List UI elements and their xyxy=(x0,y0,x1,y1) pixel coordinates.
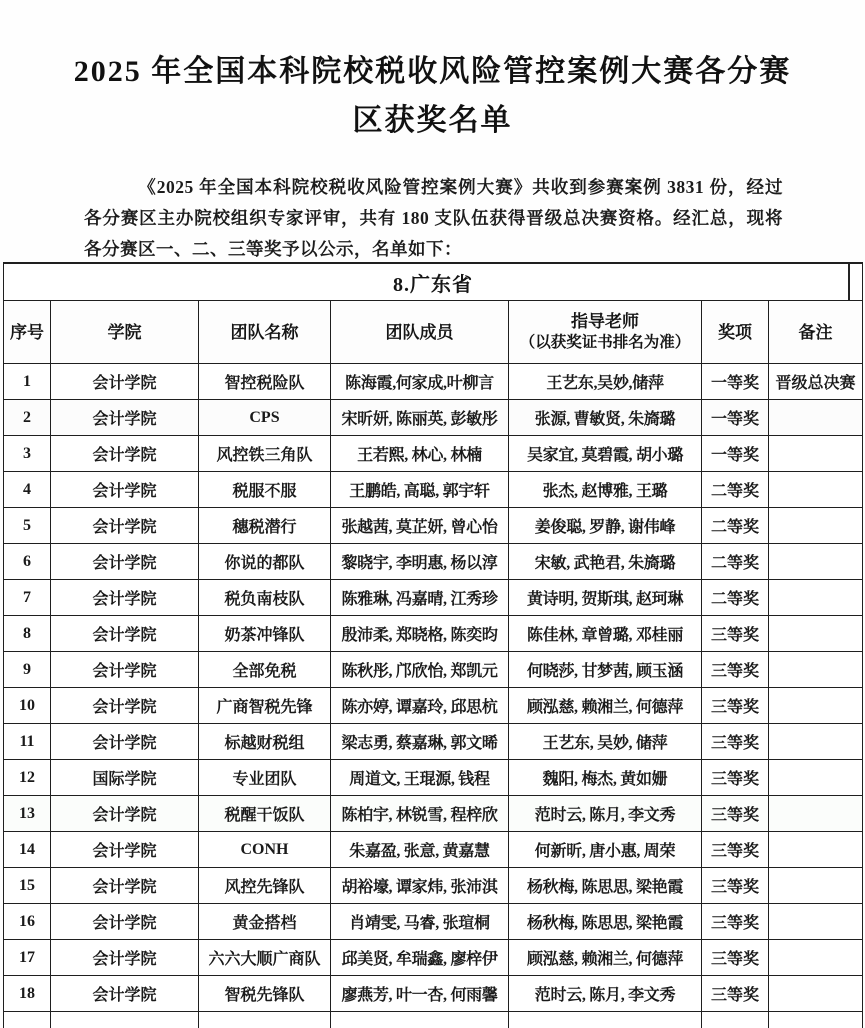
cell-award: 三等奖 xyxy=(702,724,769,760)
cell-serial: 9 xyxy=(4,652,51,688)
table-row: 9 会计学院 全部免税 陈秋彤, 邝欣怡, 郑凯元 何晓莎, 甘梦茜, 顾玉涵 … xyxy=(4,652,863,688)
cell-team: 智控税险队 xyxy=(199,364,331,400)
cell-serial: 3 xyxy=(4,436,51,472)
cell-members: 张越茜, 莫芷妍, 曾心怡 xyxy=(331,508,509,544)
page-title: 2025 年全国本科院校税收风险管控案例大赛各分赛 区获奖名单 xyxy=(0,0,865,145)
cell-team: 六六大顺广商队 xyxy=(199,940,331,976)
header-note: 备注 xyxy=(769,301,863,364)
table-head-group: 8.广东省 序号 学院 团队名称 团队成员 指导老师 （以获奖证书排名为准） 奖… xyxy=(4,263,863,364)
header-advisors-line1: 指导老师 xyxy=(571,312,639,331)
cell-serial: 1 xyxy=(4,364,51,400)
table-row: 17 会计学院 六六大顺广商队 邱美贤, 牟瑞鑫, 廖梓伊 顾泓慈, 赖湘兰, … xyxy=(4,940,863,976)
cell-serial: 5 xyxy=(4,508,51,544)
column-header-row: 序号 学院 团队名称 团队成员 指导老师 （以获奖证书排名为准） 奖项 备注 xyxy=(4,301,863,364)
cell-college: 会计学院 xyxy=(51,688,199,724)
cell-note xyxy=(769,688,863,724)
document-page: 2025 年全国本科院校税收风险管控案例大赛各分赛 区获奖名单 《2025 年全… xyxy=(0,0,865,1028)
table-row: 5 会计学院 穗税潜行 张越茜, 莫芷妍, 曾心怡 姜俊聪, 罗静, 谢伟峰 二… xyxy=(4,508,863,544)
cell-team: 税服不服 xyxy=(199,472,331,508)
cell-note xyxy=(769,904,863,940)
cell-advisors: 何晓莎, 甘梦茜, 顾玉涵 xyxy=(509,652,702,688)
cell-members: 陈亦婷, 谭嘉玲, 邱思杭 xyxy=(331,688,509,724)
cell-members: 王若熙, 林心, 林楠 xyxy=(331,436,509,472)
table-row: 2 会计学院 CPS 宋昕妍, 陈丽英, 彭敏彤 张源, 曹敏贤, 朱旖璐 一等… xyxy=(4,400,863,436)
cell-advisors: 顾泓慈, 赖湘兰, 何德萍 xyxy=(509,688,702,724)
cell-serial: 4 xyxy=(4,472,51,508)
table-row: 18 会计学院 智税先锋队 廖燕芳, 叶一杏, 何雨馨 范时云, 陈月, 李文秀… xyxy=(4,976,863,1012)
cell-team: 风控先锋队 xyxy=(199,868,331,904)
cell-members: 陈海霞,何家成,叶柳言 xyxy=(331,364,509,400)
cell-team: 税负南枝队 xyxy=(199,580,331,616)
cell-team: 智税先锋队 xyxy=(199,976,331,1012)
table-partial-group xyxy=(4,1012,863,1028)
cell-college: 会计学院 xyxy=(51,976,199,1012)
cell-advisors: 陈佳林, 章曾璐, 邓桂丽 xyxy=(509,616,702,652)
cell-award: 三等奖 xyxy=(702,940,769,976)
cell-serial: 2 xyxy=(4,400,51,436)
cell-team: CONH xyxy=(199,832,331,868)
intro-paragraph: 《2025 年全国本科院校税收风险管控案例大赛》共收到参赛案例 3831 份，经… xyxy=(84,172,783,265)
cell-award: 一等奖 xyxy=(702,364,769,400)
cell-award: 三等奖 xyxy=(702,904,769,940)
cell-team: 穗税潜行 xyxy=(199,508,331,544)
cell-members: 王鹏皓, 高聪, 郭宇轩 xyxy=(331,472,509,508)
cell-note xyxy=(769,472,863,508)
cell-award: 三等奖 xyxy=(702,796,769,832)
cell-award: 三等奖 xyxy=(702,652,769,688)
cell-serial: 8 xyxy=(4,616,51,652)
cell-serial: 6 xyxy=(4,544,51,580)
cell-college: 会计学院 xyxy=(51,868,199,904)
header-advisors-line2: （以获奖证书排名为准） xyxy=(511,332,699,353)
cell-team: 你说的都队 xyxy=(199,544,331,580)
table-row: 1 会计学院 智控税险队 陈海霞,何家成,叶柳言 王艺东,吴妙,储萍 一等奖 晋… xyxy=(4,364,863,400)
cell-members: 廖燕芳, 叶一杏, 何雨馨 xyxy=(331,976,509,1012)
cell-award: 一等奖 xyxy=(702,436,769,472)
cell-members: 肖靖雯, 马睿, 张瑄桐 xyxy=(331,904,509,940)
table-row: 16 会计学院 黄金搭档 肖靖雯, 马睿, 张瑄桐 杨秋梅, 陈思思, 梁艳霞 … xyxy=(4,904,863,940)
cell-college: 会计学院 xyxy=(51,904,199,940)
cell-college: 会计学院 xyxy=(51,400,199,436)
cell-note xyxy=(769,436,863,472)
cell-award: 三等奖 xyxy=(702,760,769,796)
cell-award: 二等奖 xyxy=(702,544,769,580)
cell-note xyxy=(769,724,863,760)
cell-award: 二等奖 xyxy=(702,580,769,616)
cell-award: 三等奖 xyxy=(702,616,769,652)
cell-team: 全部免税 xyxy=(199,652,331,688)
header-members: 团队成员 xyxy=(331,301,509,364)
cell-team: 风控铁三角队 xyxy=(199,436,331,472)
cell-advisors: 王艺东, 吴妙, 储萍 xyxy=(509,724,702,760)
section-title: 8.广东省 xyxy=(393,274,473,296)
cell-note xyxy=(769,580,863,616)
cell-advisors: 黄诗明, 贺斯琪, 赵珂琳 xyxy=(509,580,702,616)
cell-serial: 14 xyxy=(4,832,51,868)
cell-team: CPS xyxy=(199,400,331,436)
cell-serial: 13 xyxy=(4,796,51,832)
cell-advisors: 宋敏, 武艳君, 朱旖璐 xyxy=(509,544,702,580)
cell-advisors: 张源, 曹敏贤, 朱旖璐 xyxy=(509,400,702,436)
cell-advisors: 范时云, 陈月, 李文秀 xyxy=(509,796,702,832)
section-sliver-border xyxy=(848,264,850,300)
cell-advisors: 张杰, 赵博雅, 王璐 xyxy=(509,472,702,508)
table-row: 14 会计学院 CONH 朱嘉盈, 张意, 黄嘉慧 何新昕, 唐小惠, 周荣 三… xyxy=(4,832,863,868)
title-line-2: 区获奖名单 xyxy=(0,96,865,145)
header-college: 学院 xyxy=(51,301,199,364)
cell-members: 梁志勇, 蔡嘉琳, 郭文晞 xyxy=(331,724,509,760)
cell-members: 黎晓宇, 李明惠, 杨以淳 xyxy=(331,544,509,580)
cell-serial: 16 xyxy=(4,904,51,940)
partial-next-row xyxy=(4,1012,863,1028)
cell-serial: 7 xyxy=(4,580,51,616)
cell-members: 邱美贤, 牟瑞鑫, 廖梓伊 xyxy=(331,940,509,976)
cell-team: 黄金搭档 xyxy=(199,904,331,940)
cell-college: 会计学院 xyxy=(51,580,199,616)
cell-note: 晋级总决赛 xyxy=(769,364,863,400)
cell-college: 会计学院 xyxy=(51,508,199,544)
cell-note xyxy=(769,796,863,832)
section-header-row: 8.广东省 xyxy=(4,263,863,301)
cell-college: 国际学院 xyxy=(51,760,199,796)
table-row: 12 国际学院 专业团队 周道文, 王琨源, 钱程 魏阳, 梅杰, 黄如姗 三等… xyxy=(4,760,863,796)
table-row: 3 会计学院 风控铁三角队 王若熙, 林心, 林楠 吴家宜, 莫碧霞, 胡小璐 … xyxy=(4,436,863,472)
table-row: 7 会计学院 税负南枝队 陈雅琳, 冯嘉晴, 江秀珍 黄诗明, 贺斯琪, 赵珂琳… xyxy=(4,580,863,616)
cell-members: 周道文, 王琨源, 钱程 xyxy=(331,760,509,796)
cell-advisors: 魏阳, 梅杰, 黄如姗 xyxy=(509,760,702,796)
cell-note xyxy=(769,868,863,904)
cell-award: 三等奖 xyxy=(702,688,769,724)
cell-advisors: 范时云, 陈月, 李文秀 xyxy=(509,976,702,1012)
cell-advisors: 姜俊聪, 罗静, 谢伟峰 xyxy=(509,508,702,544)
table-row: 8 会计学院 奶茶冲锋队 殷沛柔, 郑晓格, 陈奕昀 陈佳林, 章曾璐, 邓桂丽… xyxy=(4,616,863,652)
title-line-1: 2025 年全国本科院校税收风险管控案例大赛各分赛 xyxy=(0,47,865,96)
cell-members: 宋昕妍, 陈丽英, 彭敏彤 xyxy=(331,400,509,436)
cell-college: 会计学院 xyxy=(51,472,199,508)
table-row: 6 会计学院 你说的都队 黎晓宇, 李明惠, 杨以淳 宋敏, 武艳君, 朱旖璐 … xyxy=(4,544,863,580)
cell-advisors: 王艺东,吴妙,储萍 xyxy=(509,364,702,400)
cell-team: 奶茶冲锋队 xyxy=(199,616,331,652)
cell-award: 三等奖 xyxy=(702,868,769,904)
cell-members: 殷沛柔, 郑晓格, 陈奕昀 xyxy=(331,616,509,652)
cell-members: 陈柏宇, 林锐雪, 程梓欣 xyxy=(331,796,509,832)
header-advisors: 指导老师 （以获奖证书排名为准） xyxy=(509,301,702,364)
awards-table-wrapper: 8.广东省 序号 学院 团队名称 团队成员 指导老师 （以获奖证书排名为准） 奖… xyxy=(3,262,862,1028)
cell-note xyxy=(769,940,863,976)
cell-team: 税醒干饭队 xyxy=(199,796,331,832)
cell-college: 会计学院 xyxy=(51,832,199,868)
cell-award: 三等奖 xyxy=(702,976,769,1012)
cell-note xyxy=(769,400,863,436)
table-row: 13 会计学院 税醒干饭队 陈柏宇, 林锐雪, 程梓欣 范时云, 陈月, 李文秀… xyxy=(4,796,863,832)
cell-award: 一等奖 xyxy=(702,400,769,436)
table-row: 15 会计学院 风控先锋队 胡裕壕, 谭家炜, 张沛淇 杨秋梅, 陈思思, 梁艳… xyxy=(4,868,863,904)
cell-note xyxy=(769,976,863,1012)
section-title-cell: 8.广东省 xyxy=(4,263,863,301)
cell-college: 会计学院 xyxy=(51,436,199,472)
table-row: 4 会计学院 税服不服 王鹏皓, 高聪, 郭宇轩 张杰, 赵博雅, 王璐 二等奖 xyxy=(4,472,863,508)
header-team: 团队名称 xyxy=(199,301,331,364)
cell-note xyxy=(769,652,863,688)
cell-note xyxy=(769,832,863,868)
cell-note xyxy=(769,760,863,796)
cell-advisors: 杨秋梅, 陈思思, 梁艳霞 xyxy=(509,904,702,940)
header-serial: 序号 xyxy=(4,301,51,364)
table-body: 1 会计学院 智控税险队 陈海霞,何家成,叶柳言 王艺东,吴妙,储萍 一等奖 晋… xyxy=(4,364,863,1012)
cell-members: 胡裕壕, 谭家炜, 张沛淇 xyxy=(331,868,509,904)
cell-advisors: 杨秋梅, 陈思思, 梁艳霞 xyxy=(509,868,702,904)
header-award: 奖项 xyxy=(702,301,769,364)
awards-table: 8.广东省 序号 学院 团队名称 团队成员 指导老师 （以获奖证书排名为准） 奖… xyxy=(3,262,863,1028)
cell-advisors: 吴家宜, 莫碧霞, 胡小璐 xyxy=(509,436,702,472)
cell-college: 会计学院 xyxy=(51,544,199,580)
cell-college: 会计学院 xyxy=(51,796,199,832)
cell-team: 标越财税组 xyxy=(199,724,331,760)
cell-college: 会计学院 xyxy=(51,940,199,976)
cell-serial: 12 xyxy=(4,760,51,796)
cell-college: 会计学院 xyxy=(51,364,199,400)
cell-note xyxy=(769,544,863,580)
cell-college: 会计学院 xyxy=(51,616,199,652)
cell-serial: 15 xyxy=(4,868,51,904)
cell-serial: 10 xyxy=(4,688,51,724)
cell-members: 陈秋彤, 邝欣怡, 郑凯元 xyxy=(331,652,509,688)
cell-team: 专业团队 xyxy=(199,760,331,796)
cell-serial: 17 xyxy=(4,940,51,976)
cell-serial: 11 xyxy=(4,724,51,760)
cell-team: 广商智税先锋 xyxy=(199,688,331,724)
cell-note xyxy=(769,508,863,544)
cell-college: 会计学院 xyxy=(51,652,199,688)
cell-advisors: 何新昕, 唐小惠, 周荣 xyxy=(509,832,702,868)
cell-note xyxy=(769,616,863,652)
cell-award: 二等奖 xyxy=(702,508,769,544)
cell-award: 三等奖 xyxy=(702,832,769,868)
cell-advisors: 顾泓慈, 赖湘兰, 何德萍 xyxy=(509,940,702,976)
cell-award: 二等奖 xyxy=(702,472,769,508)
cell-serial: 18 xyxy=(4,976,51,1012)
table-row: 11 会计学院 标越财税组 梁志勇, 蔡嘉琳, 郭文晞 王艺东, 吴妙, 储萍 … xyxy=(4,724,863,760)
table-row: 10 会计学院 广商智税先锋 陈亦婷, 谭嘉玲, 邱思杭 顾泓慈, 赖湘兰, 何… xyxy=(4,688,863,724)
cell-members: 朱嘉盈, 张意, 黄嘉慧 xyxy=(331,832,509,868)
cell-members: 陈雅琳, 冯嘉晴, 江秀珍 xyxy=(331,580,509,616)
cell-college: 会计学院 xyxy=(51,724,199,760)
